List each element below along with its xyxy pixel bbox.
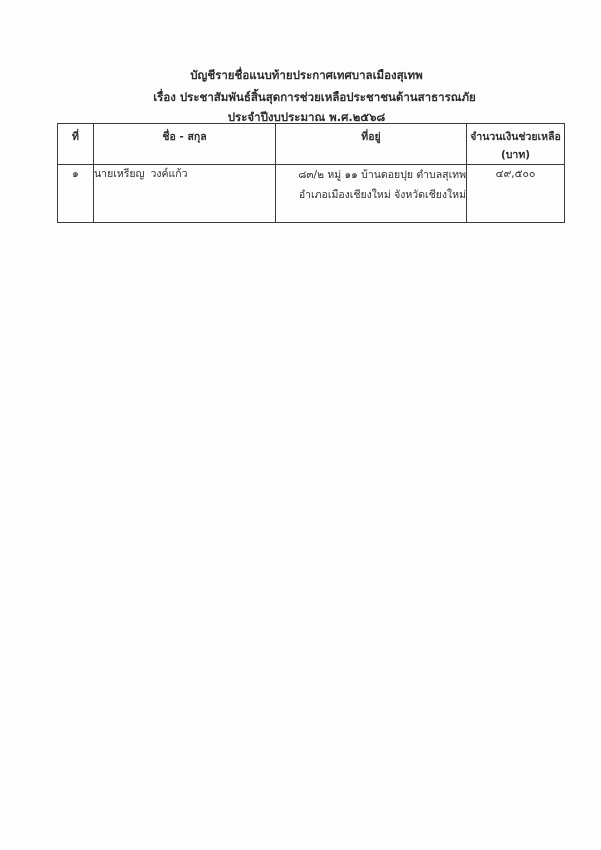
cell-amount: ๔๙,๕๐๐ (467, 165, 565, 223)
recipient-table: ที่ ชื่อ - สกุล ที่อยู่ จำนวนเงินช่วยเหล… (57, 123, 565, 223)
header-amount-unit: (บาท) (467, 146, 564, 164)
table-row: ๑ นายเหรียญวงค์แก้ว ๘๓/๒ หมู่ ๑๑ บ้านดอย… (58, 165, 565, 223)
header-no: ที่ (58, 124, 94, 165)
last-name: วงค์แก้ว (150, 168, 187, 180)
table-header-row: ที่ ชื่อ - สกุล ที่อยู่ จำนวนเงินช่วยเหล… (58, 124, 565, 165)
header-amount-label: จำนวนเงินช่วยเหลือ (467, 128, 564, 146)
cell-no: ๑ (58, 165, 94, 223)
address-line-1: ๘๓/๒ หมู่ ๑๑ บ้านดอยปุย ตำบลสุเทพ (276, 165, 466, 185)
cell-address: ๘๓/๒ หมู่ ๑๑ บ้านดอยปุย ตำบลสุเทพ อำเภอเ… (276, 165, 467, 223)
header-amount: จำนวนเงินช่วยเหลือ (บาท) (467, 124, 565, 165)
cell-name: นายเหรียญวงค์แก้ว (94, 165, 276, 223)
first-name: นายเหรียญ (94, 168, 144, 180)
header-name: ชื่อ - สกุล (94, 124, 276, 165)
address-line-2: อำเภอเมืองเชียงใหม่ จังหวัดเชียงใหม่ (276, 185, 466, 205)
document-fiscal-year: ประจำปีงบประมาณ พ.ศ.๒๕๖๘ (6, 110, 601, 124)
document-subject: เรื่อง ประชาสัมพันธ์สิ้นสุดการช่วยเหลือป… (14, 90, 601, 104)
document-page: บัญชีรายชื่อแนบท้ายประกาศเทศบาลเมืองสุเท… (0, 0, 601, 850)
document-title: บัญชีรายชื่อแนบท้ายประกาศเทศบาลเมืองสุเท… (6, 68, 601, 82)
header-address: ที่อยู่ (276, 124, 467, 165)
